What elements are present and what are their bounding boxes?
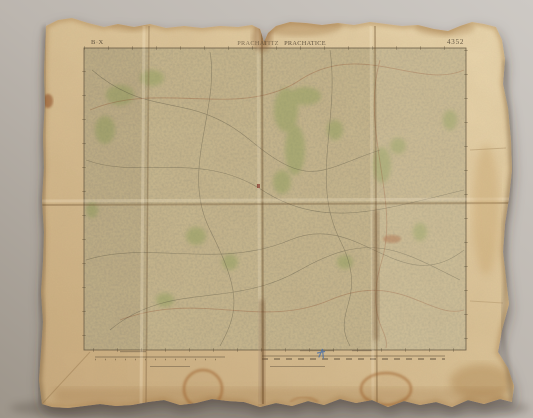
paper-surface-detail: B·X PRACHATITZ PRACHATICE 4352 (30, 10, 530, 415)
sheet-title-czech: PRACHATICE (284, 40, 326, 47)
sheet-number: 4352 (447, 38, 464, 46)
ring-stain-right (361, 373, 411, 405)
sheet-corner-code: B·X (91, 39, 104, 46)
map-photo-canvas: B·X PRACHATITZ PRACHATICE 4352 (0, 0, 533, 418)
photo-of-old-map: B·X PRACHATITZ PRACHATICE 4352 (0, 0, 533, 418)
panel-light-bottomright (375, 205, 466, 350)
panel-shade-left (84, 48, 148, 350)
panel-light-topright (375, 48, 466, 205)
sheet-title-german: PRACHATITZ (237, 40, 278, 47)
